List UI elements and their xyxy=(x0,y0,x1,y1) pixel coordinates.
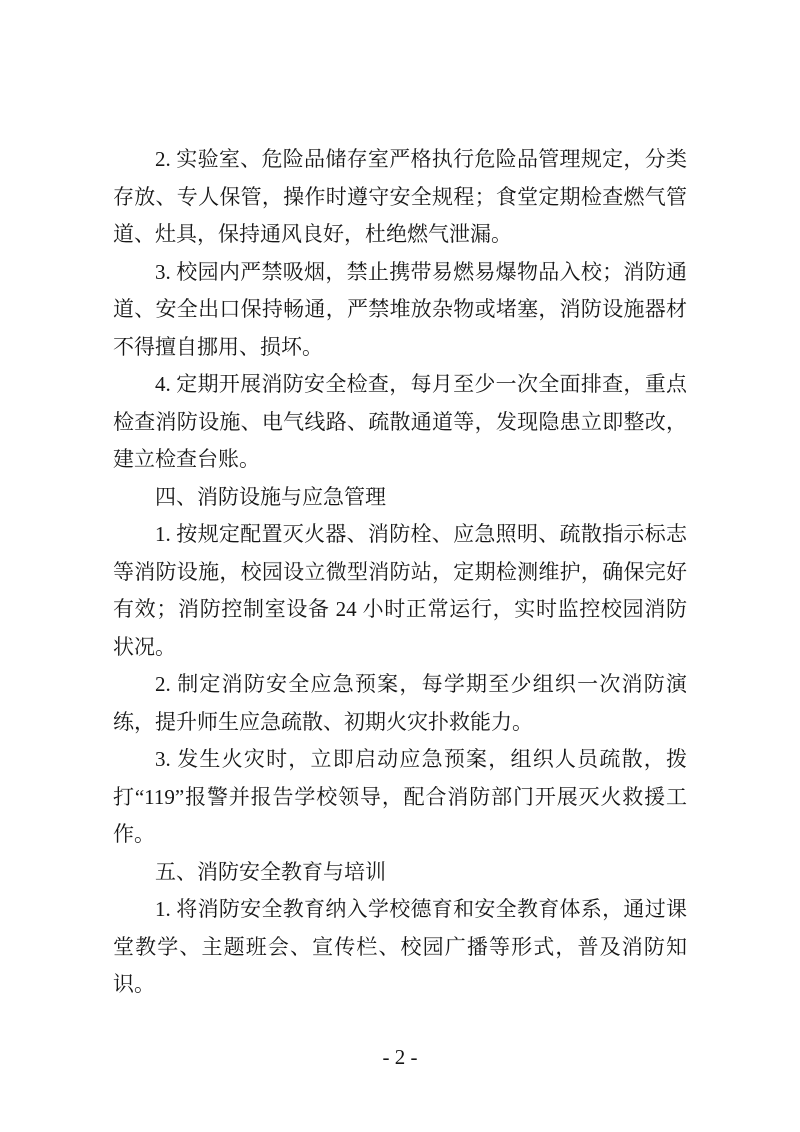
paragraph: 3. 校园内严禁吸烟，禁止携带易燃易爆物品入校；消防通道、安全出口保持畅通，严禁… xyxy=(113,254,687,367)
document-body: 2. 实验室、危险品储存室严格执行危险品管理规定，分类存放、专人保管，操作时遵守… xyxy=(113,141,687,1004)
page-number: - 2 - xyxy=(0,1039,800,1077)
paragraph: 3. 发生火灾时，立即启动应急预案，组织人员疏散，拨打“119”报警并报告学校领… xyxy=(113,741,687,854)
paragraph: 1. 将消防安全教育纳入学校德育和安全教育体系，通过课堂教学、主题班会、宣传栏、… xyxy=(113,891,687,1004)
document-page: 2. 实验室、危险品储存室严格执行危险品管理规定，分类存放、专人保管，操作时遵守… xyxy=(0,0,800,1132)
section-heading: 四、消防设施与应急管理 xyxy=(113,479,687,517)
paragraph: 2. 制定消防安全应急预案，每学期至少组织一次消防演练，提升师生应急疏散、初期火… xyxy=(113,666,687,741)
paragraph: 2. 实验室、危险品储存室严格执行危险品管理规定，分类存放、专人保管，操作时遵守… xyxy=(113,141,687,254)
section-heading: 五、消防安全教育与培训 xyxy=(113,854,687,892)
paragraph: 4. 定期开展消防安全检查，每月至少一次全面排查，重点检查消防设施、电气线路、疏… xyxy=(113,366,687,479)
paragraph: 1. 按规定配置灭火器、消防栓、应急照明、疏散指示标志等消防设施，校园设立微型消… xyxy=(113,516,687,666)
